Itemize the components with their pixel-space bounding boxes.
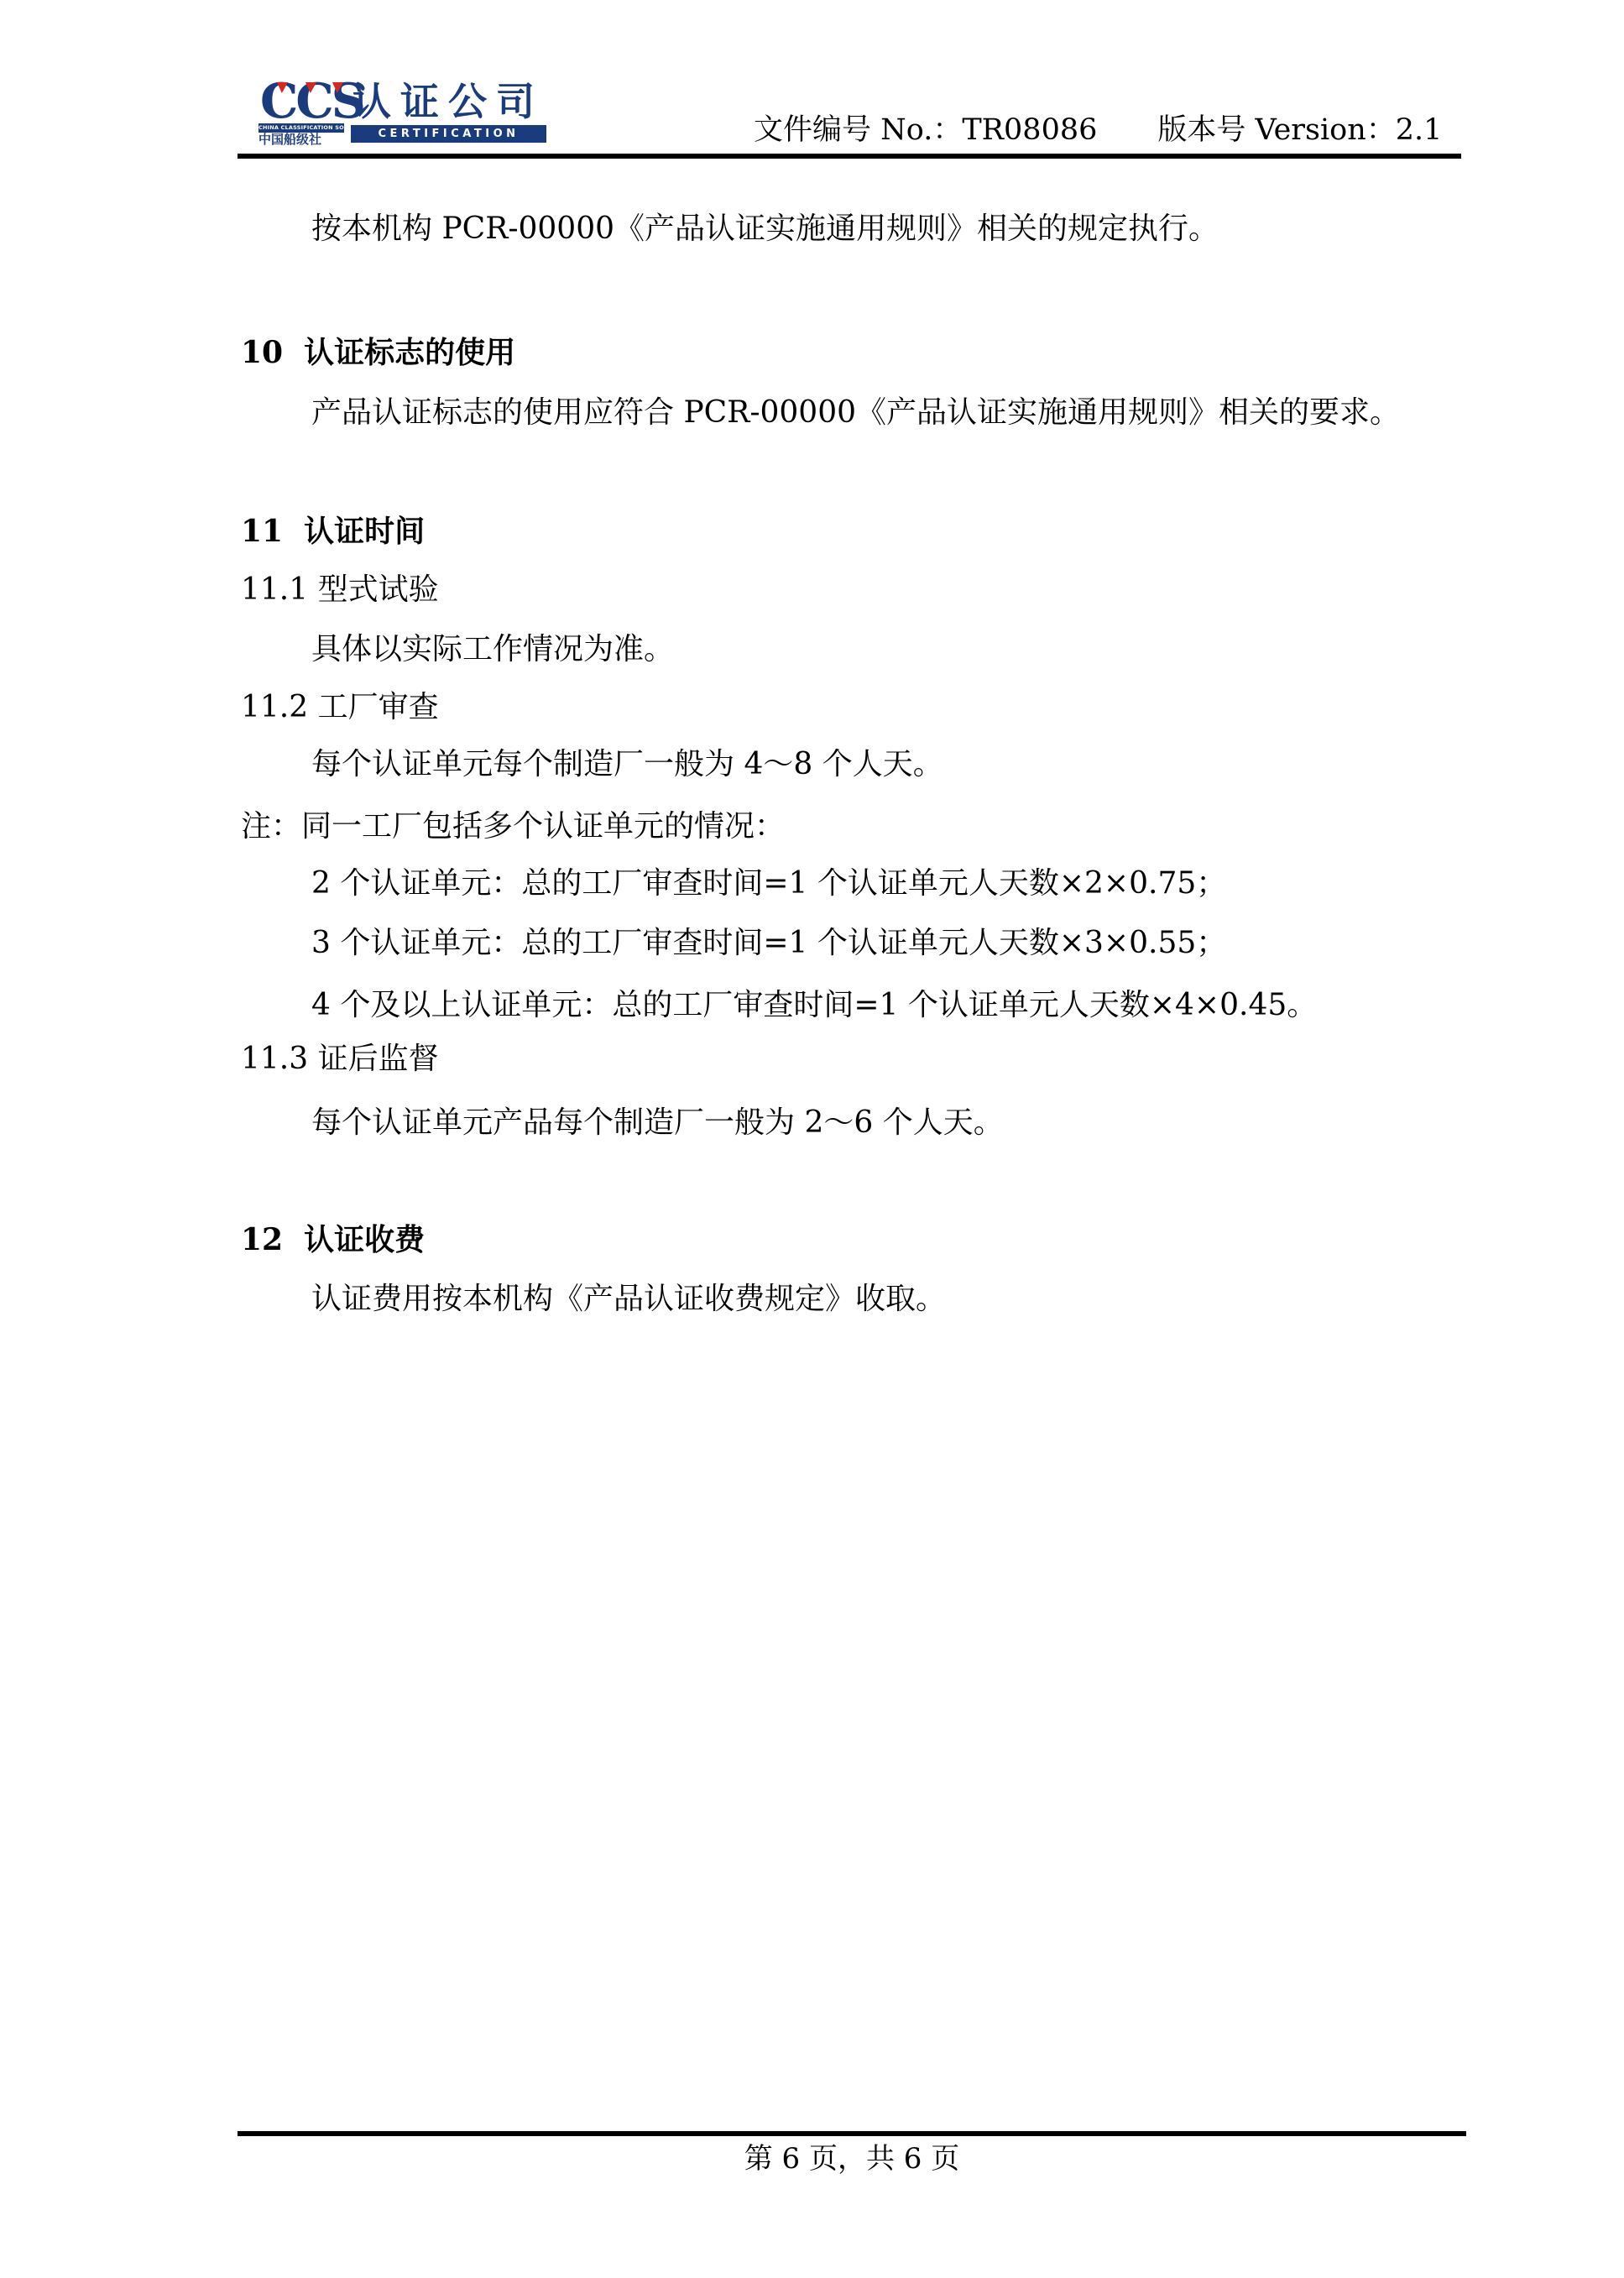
section-10-heading: 10 认证标志的使用	[241, 335, 515, 370]
ccs-logo: CCS CHINA CLASSIFICATION SOCIETY 中国船级社 认…	[258, 81, 552, 151]
header-meta: 文件编号 No.：TR08086 版本号 Version：2.1	[754, 112, 1442, 148]
doc-number: 文件编号 No.：TR08086	[754, 112, 1097, 148]
section-11-3-subheading: 11.3 证后监督	[241, 1042, 439, 1077]
document-page: CCS CHINA CLASSIFICATION SOCIETY 中国船级社 认…	[0, 0, 1624, 2278]
version-number: 版本号 Version：2.1	[1157, 112, 1442, 148]
note-line: 注：同一工厂包括多个认证单元的情况：	[241, 809, 785, 844]
section-12-paragraph: 认证费用按本机构《产品认证收费规定》收取。	[311, 1282, 946, 1317]
section-11-3-paragraph: 每个认证单元产品每个制造厂一般为 2～6 个人天。	[311, 1105, 1004, 1141]
section-11-2-paragraph: 每个认证单元每个制造厂一般为 4～8 个人天。	[311, 747, 943, 782]
footer-divider	[238, 2131, 1466, 2136]
note-item-3-units: 3 个认证单元：总的工厂审查时间=1 个认证单元人天数×3×0.55；	[311, 926, 1226, 961]
section-11-1-subheading: 11.1 型式试验	[241, 572, 439, 608]
section-11-2-subheading: 11.2 工厂审查	[241, 690, 439, 725]
page-number: 第 6 页，共 6 页	[238, 2141, 1466, 2176]
note-item-2-units: 2 个认证单元：总的工厂审查时间=1 个认证单元人天数×2×0.75；	[311, 866, 1226, 901]
society-name-cn: 中国船级社	[258, 133, 344, 146]
intro-paragraph: 按本机构 PCR-00000《产品认证实施通用规则》相关的规定执行。	[311, 212, 1219, 247]
company-name-cn: 认证公司	[352, 82, 544, 121]
certification-label: CERTIFICATION	[351, 125, 546, 143]
section-11-1-paragraph: 具体以实际工作情况为准。	[311, 632, 674, 667]
section-12-heading: 12 认证收费	[241, 1222, 425, 1257]
section-10-paragraph: 产品认证标志的使用应符合 PCR-00000《产品认证实施通用规则》相关的要求。	[311, 395, 1400, 431]
section-11-heading: 11 认证时间	[241, 514, 425, 549]
note-item-4-units: 4 个及以上认证单元：总的工厂审查时间=1 个认证单元人天数×4×0.45。	[311, 988, 1317, 1023]
header-divider	[238, 154, 1461, 159]
